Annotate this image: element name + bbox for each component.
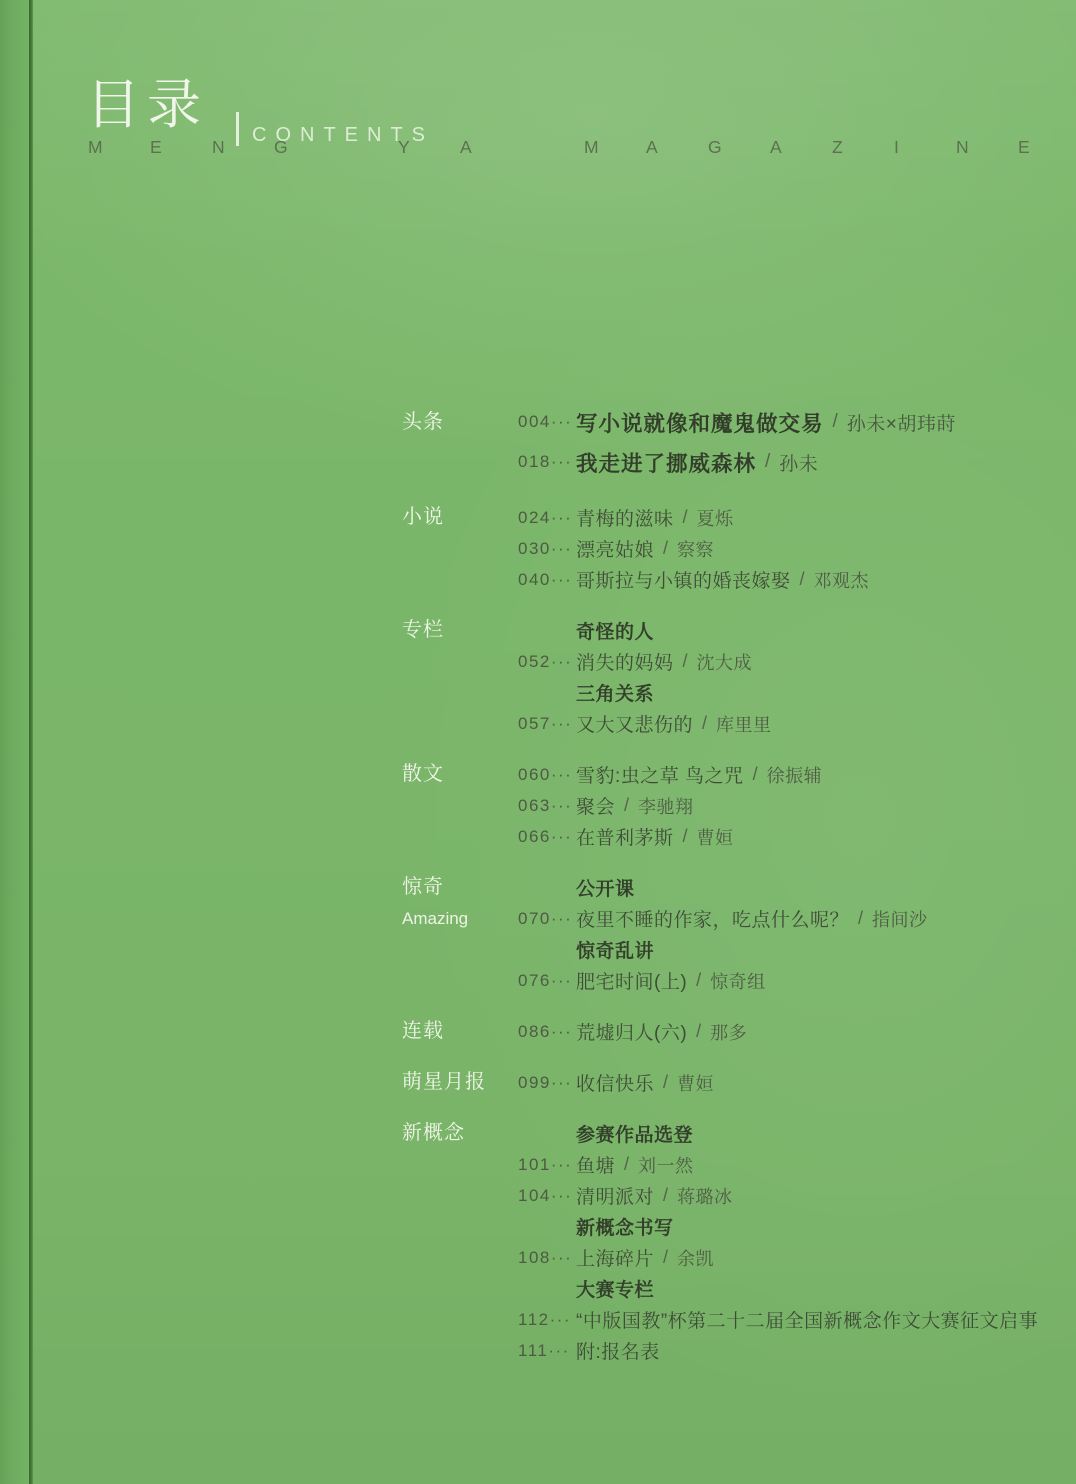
entry-separator: / xyxy=(765,451,770,473)
section-label: 头条 xyxy=(402,402,518,482)
section-label-text: 连载 xyxy=(402,1016,518,1047)
toc-entry: 099···收信快乐/曹姮 xyxy=(518,1067,1062,1098)
mag-letter: G xyxy=(274,137,336,157)
entry-page-number: 111··· xyxy=(518,1341,576,1361)
entry-page-number: 060··· xyxy=(518,765,576,785)
subsection-heading-text: 新概念书写 xyxy=(576,1213,674,1240)
mag-letter: E xyxy=(1018,137,1076,157)
entry-separator: / xyxy=(858,908,863,929)
entry-author: 沈大成 xyxy=(697,649,753,675)
section-rows: 公开课070···夜里不睡的作家，吃点什么呢？/指间沙惊奇乱讲076···肥宅时… xyxy=(518,872,1062,996)
entry-author: 蒋璐冰 xyxy=(677,1183,733,1209)
mag-letter: Z xyxy=(832,137,894,157)
magazine-toc-page: 目录 CONTENTS MENGYAMAGAZINE 头条004···写小说就像… xyxy=(0,0,1076,1484)
toc-list: 头条004···写小说就像和魔鬼做交易/孙未×胡玮莳018···我走进了挪威森林… xyxy=(402,402,1062,1386)
subsection-heading: 新概念书写 xyxy=(518,1211,1062,1242)
mag-letter: A xyxy=(646,137,708,157)
toc-entry: 104···清明派对/蒋璐冰 xyxy=(518,1180,1062,1211)
mag-letter: A xyxy=(770,137,832,157)
toc-entry: 030···漂亮姑娘/察察 xyxy=(518,533,1062,564)
mag-letter: G xyxy=(708,137,770,157)
entry-page-number: 066··· xyxy=(518,827,576,847)
section-label-text: 头条 xyxy=(402,402,518,442)
entry-page-number: 063··· xyxy=(518,796,576,816)
entry-page-number: 099··· xyxy=(518,1073,576,1093)
magazine-name: MENGYAMAGAZINE xyxy=(88,137,1076,158)
entry-author: 邓观杰 xyxy=(814,567,870,593)
section-label-text: 专栏 xyxy=(402,615,518,646)
subsection-heading-text: 奇怪的人 xyxy=(576,617,654,644)
toc-entry: 040···哥斯拉与小镇的婚丧嫁娶/邓观杰 xyxy=(518,564,1062,595)
entry-author: 那多 xyxy=(710,1019,747,1045)
entry-separator: / xyxy=(663,1185,668,1206)
entry-title: 聚会 xyxy=(576,792,615,819)
entry-page-number: 057··· xyxy=(518,714,576,734)
entry-author: 库里里 xyxy=(716,711,772,737)
mag-letter: Y xyxy=(398,137,460,157)
entry-author: 孙未 xyxy=(779,449,818,476)
toc-section: 连载086···荒墟归人(六)/那多 xyxy=(402,1016,1062,1047)
entry-title: 写小说就像和魔鬼做交易 xyxy=(576,407,824,438)
entry-page-number: 104··· xyxy=(518,1186,576,1206)
toc-entry: 070···夜里不睡的作家，吃点什么呢？/指间沙 xyxy=(518,903,1062,934)
entry-page-number: 030··· xyxy=(518,539,576,559)
mag-letter: N xyxy=(956,137,1018,157)
entry-page-number: 101··· xyxy=(518,1155,576,1175)
toc-section: 新概念参赛作品选登101···鱼塘/刘一然104···清明派对/蒋璐冰新概念书写… xyxy=(402,1118,1062,1366)
section-rows: 060···雪豹:虫之草 鸟之咒/徐振辅063···聚会/李驰翔066···在普… xyxy=(518,759,1062,852)
entry-title: 上海碎片 xyxy=(576,1244,654,1271)
subsection-heading-text: 参赛作品选登 xyxy=(576,1120,693,1147)
toc-entry: 060···雪豹:虫之草 鸟之咒/徐振辅 xyxy=(518,759,1062,790)
section-label-text: 新概念 xyxy=(402,1118,518,1149)
entry-title: 哥斯拉与小镇的婚丧嫁娶 xyxy=(576,566,791,593)
entry-title: 夜里不睡的作家，吃点什么呢？ xyxy=(576,905,849,932)
page-title: 目录 xyxy=(86,76,208,134)
mag-letter: M xyxy=(88,137,150,157)
entry-title: 鱼塘 xyxy=(576,1151,615,1178)
entry-separator: / xyxy=(833,411,838,433)
entry-title: 荒墟归人(六) xyxy=(576,1018,687,1045)
entry-title: 收信快乐 xyxy=(576,1069,654,1096)
entry-title: 青梅的滋味 xyxy=(576,504,674,531)
subsection-heading: 参赛作品选登 xyxy=(518,1118,1062,1149)
mag-letter: A xyxy=(460,137,522,157)
toc-entry: 086···荒墟归人(六)/那多 xyxy=(518,1016,1062,1047)
page-spine-strip xyxy=(0,0,29,1484)
section-label: 萌星月报 xyxy=(402,1067,518,1098)
section-rows: 086···荒墟归人(六)/那多 xyxy=(518,1016,1062,1047)
entry-author: 余凯 xyxy=(677,1245,714,1271)
entry-author: 孙未×胡玮莳 xyxy=(847,409,956,436)
entry-author: 刘一然 xyxy=(638,1152,694,1178)
toc-section: 惊奇Amazing公开课070···夜里不睡的作家，吃点什么呢？/指间沙惊奇乱讲… xyxy=(402,872,1062,996)
subsection-heading-text: 三角关系 xyxy=(576,679,654,706)
entry-title: 又大又悲伤的 xyxy=(576,710,693,737)
toc-section: 萌星月报099···收信快乐/曹姮 xyxy=(402,1067,1062,1098)
section-rows: 参赛作品选登101···鱼塘/刘一然104···清明派对/蒋璐冰新概念书写108… xyxy=(518,1118,1062,1366)
toc-entry: 063···聚会/李驰翔 xyxy=(518,790,1062,821)
toc-section: 专栏奇怪的人052···消失的妈妈/沈大成三角关系057···又大又悲伤的/库里… xyxy=(402,615,1062,739)
entry-title: 肥宅时间(上) xyxy=(576,967,687,994)
toc-entry: 101···鱼塘/刘一然 xyxy=(518,1149,1062,1180)
entry-page-number: 018··· xyxy=(518,452,576,472)
entry-page-number: 052··· xyxy=(518,652,576,672)
toc-section: 头条004···写小说就像和魔鬼做交易/孙未×胡玮莳018···我走进了挪威森林… xyxy=(402,402,1062,482)
section-label: 专栏 xyxy=(402,615,518,739)
section-label: 新概念 xyxy=(402,1118,518,1366)
section-label: 小说 xyxy=(402,502,518,595)
subsection-heading: 公开课 xyxy=(518,872,1062,903)
entry-page-number: 004··· xyxy=(518,412,576,432)
section-label: 连载 xyxy=(402,1016,518,1047)
section-label-text: 萌星月报 xyxy=(402,1067,518,1098)
section-label-english: Amazing xyxy=(402,903,518,934)
entry-page-number: 108··· xyxy=(518,1248,576,1268)
section-label-text: 小说 xyxy=(402,502,518,533)
section-rows: 奇怪的人052···消失的妈妈/沈大成三角关系057···又大又悲伤的/库里里 xyxy=(518,615,1062,739)
entry-page-number: 076··· xyxy=(518,971,576,991)
mag-letter: E xyxy=(150,137,212,157)
toc-entry: 112···“中版国教”杯第二十二届全国新概念作文大赛征文启事 xyxy=(518,1304,1062,1335)
entry-separator: / xyxy=(663,1072,668,1093)
entry-author: 曹姮 xyxy=(697,824,734,850)
entry-separator: / xyxy=(683,826,688,847)
subsection-heading: 三角关系 xyxy=(518,677,1062,708)
entry-author: 夏烁 xyxy=(697,505,734,531)
entry-title: 漂亮姑娘 xyxy=(576,535,654,562)
entry-separator: / xyxy=(696,970,701,991)
entry-title: 消失的妈妈 xyxy=(576,648,674,675)
mag-letter: I xyxy=(894,137,956,157)
entry-author: 徐振辅 xyxy=(767,762,823,788)
entry-author: 惊奇组 xyxy=(710,968,766,994)
toc-entry: 108···上海碎片/余凯 xyxy=(518,1242,1062,1273)
subsection-heading: 惊奇乱讲 xyxy=(518,934,1062,965)
subsection-heading: 大赛专栏 xyxy=(518,1273,1062,1304)
entry-separator: / xyxy=(624,795,629,816)
entry-title: 附:报名表 xyxy=(576,1337,660,1364)
entry-separator: / xyxy=(702,713,707,734)
section-label-text: 惊奇 xyxy=(402,872,518,903)
entry-separator: / xyxy=(696,1021,701,1042)
mag-letter: M xyxy=(584,137,646,157)
entry-page-number: 024··· xyxy=(518,508,576,528)
entry-separator: / xyxy=(683,651,688,672)
toc-section: 散文060···雪豹:虫之草 鸟之咒/徐振辅063···聚会/李驰翔066···… xyxy=(402,759,1062,852)
entry-separator: / xyxy=(800,569,805,590)
section-rows: 099···收信快乐/曹姮 xyxy=(518,1067,1062,1098)
entry-author: 曹姮 xyxy=(677,1070,714,1096)
entry-page-number: 070··· xyxy=(518,909,576,929)
entry-title: 我走进了挪威森林 xyxy=(576,447,756,478)
subsection-heading-text: 大赛专栏 xyxy=(576,1275,654,1302)
entry-separator: / xyxy=(663,1247,668,1268)
section-rows: 004···写小说就像和魔鬼做交易/孙未×胡玮莳018···我走进了挪威森林/孙… xyxy=(518,402,1062,482)
toc-entry: 024···青梅的滋味/夏烁 xyxy=(518,502,1062,533)
toc-entry: 076···肥宅时间(上)/惊奇组 xyxy=(518,965,1062,996)
entry-title: 清明派对 xyxy=(576,1182,654,1209)
entry-separator: / xyxy=(753,764,758,785)
section-label-text: 散文 xyxy=(402,759,518,790)
entry-author: 察察 xyxy=(677,536,714,562)
toc-entry: 018···我走进了挪威森林/孙未 xyxy=(518,442,1062,482)
entry-separator: / xyxy=(663,538,668,559)
toc-section: 小说024···青梅的滋味/夏烁030···漂亮姑娘/察察040···哥斯拉与小… xyxy=(402,502,1062,595)
section-label: 散文 xyxy=(402,759,518,852)
entry-title: 在普利茅斯 xyxy=(576,823,674,850)
toc-entry: 111···附:报名表 xyxy=(518,1335,1062,1366)
section-rows: 024···青梅的滋味/夏烁030···漂亮姑娘/察察040···哥斯拉与小镇的… xyxy=(518,502,1062,595)
page-fold-line xyxy=(29,0,33,1484)
toc-entry: 057···又大又悲伤的/库里里 xyxy=(518,708,1062,739)
entry-author: 李驰翔 xyxy=(638,793,694,819)
entry-page-number: 112··· xyxy=(518,1310,576,1330)
subsection-heading-text: 惊奇乱讲 xyxy=(576,936,654,963)
mag-letter: N xyxy=(212,137,274,157)
entry-page-number: 040··· xyxy=(518,570,576,590)
toc-entry: 004···写小说就像和魔鬼做交易/孙未×胡玮莳 xyxy=(518,402,1062,442)
subsection-heading: 奇怪的人 xyxy=(518,615,1062,646)
toc-entry: 066···在普利茅斯/曹姮 xyxy=(518,821,1062,852)
entry-separator: / xyxy=(683,507,688,528)
entry-title: “中版国教”杯第二十二届全国新概念作文大赛征文启事 xyxy=(576,1306,1038,1333)
entry-page-number: 086··· xyxy=(518,1022,576,1042)
entry-separator: / xyxy=(624,1154,629,1175)
entry-title: 雪豹:虫之草 鸟之咒 xyxy=(576,761,744,788)
section-label: 惊奇Amazing xyxy=(402,872,518,996)
toc-entry: 052···消失的妈妈/沈大成 xyxy=(518,646,1062,677)
entry-author: 指间沙 xyxy=(872,906,928,932)
subsection-heading-text: 公开课 xyxy=(576,874,635,901)
